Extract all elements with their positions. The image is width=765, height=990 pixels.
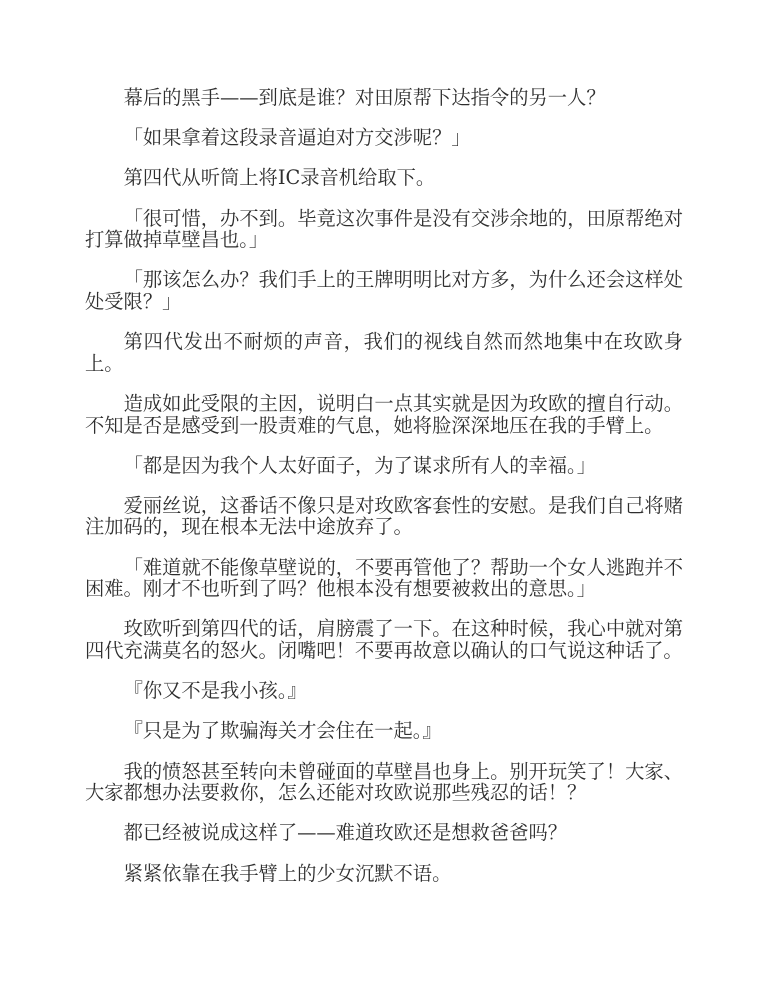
novel-paragraph: 我的愤怒甚至转向未曾碰面的草壁昌也身上。别开玩笑了！大家、大家都想办法要救你，怎… (85, 761, 683, 804)
novel-paragraph: 都已经被说成这样了——难道玫欧还是想救爸爸吗？ (85, 822, 683, 844)
novel-paragraph: 第四代从听筒上将IC录音机给取下。 (85, 167, 683, 189)
novel-paragraph: 幕后的黑手——到底是谁？对田原帮下达指令的另一人？ (85, 87, 683, 109)
novel-paragraph: 「都是因为我个人太好面子，为了谋求所有人的幸福。」 (85, 455, 683, 477)
novel-paragraph: 第四代发出不耐烦的声音，我们的视线自然而然地集中在玫欧身上。 (85, 331, 683, 374)
novel-paragraph: 玫欧听到第四代的话，肩膀震了一下。在这种时候，我心中就对第四代充满莫名的怒火。闭… (85, 618, 683, 661)
book-page: 幕后的黑手——到底是谁？对田原帮下达指令的另一人？ 「如果拿着这段录音逼迫对方交… (0, 0, 765, 990)
novel-paragraph: 『你又不是我小孩。』 (85, 680, 683, 702)
novel-paragraph: 「如果拿着这段录音逼迫对方交涉呢？」 (85, 127, 683, 149)
text-column: 幕后的黑手——到底是谁？对田原帮下达指令的另一人？ 「如果拿着这段录音逼迫对方交… (85, 87, 683, 884)
novel-paragraph: 爱丽丝说，这番话不像只是对玫欧客套性的安慰。是我们自己将赌注加码的，现在根本无法… (85, 495, 683, 538)
novel-paragraph: 「很可惜，办不到。毕竟这次事件是没有交涉余地的，田原帮绝对打算做掉草壁昌也。」 (85, 208, 683, 251)
novel-paragraph: 造成如此受限的主因，说明白一点其实就是因为玫欧的擅自行动。不知是否是感受到一股责… (85, 393, 683, 436)
novel-paragraph: 『只是为了欺骗海关才会住在一起。』 (85, 720, 683, 742)
novel-paragraph: 「难道就不能像草壁说的，不要再管他了？帮助一个女人逃跑并不困难。刚才不也听到了吗… (85, 557, 683, 600)
novel-paragraph: 紧紧依靠在我手臂上的少女沉默不语。 (85, 863, 683, 885)
novel-paragraph: 「那该怎么办？我们手上的王牌明明比对方多，为什么还会这样处处受限？」 (85, 269, 683, 312)
